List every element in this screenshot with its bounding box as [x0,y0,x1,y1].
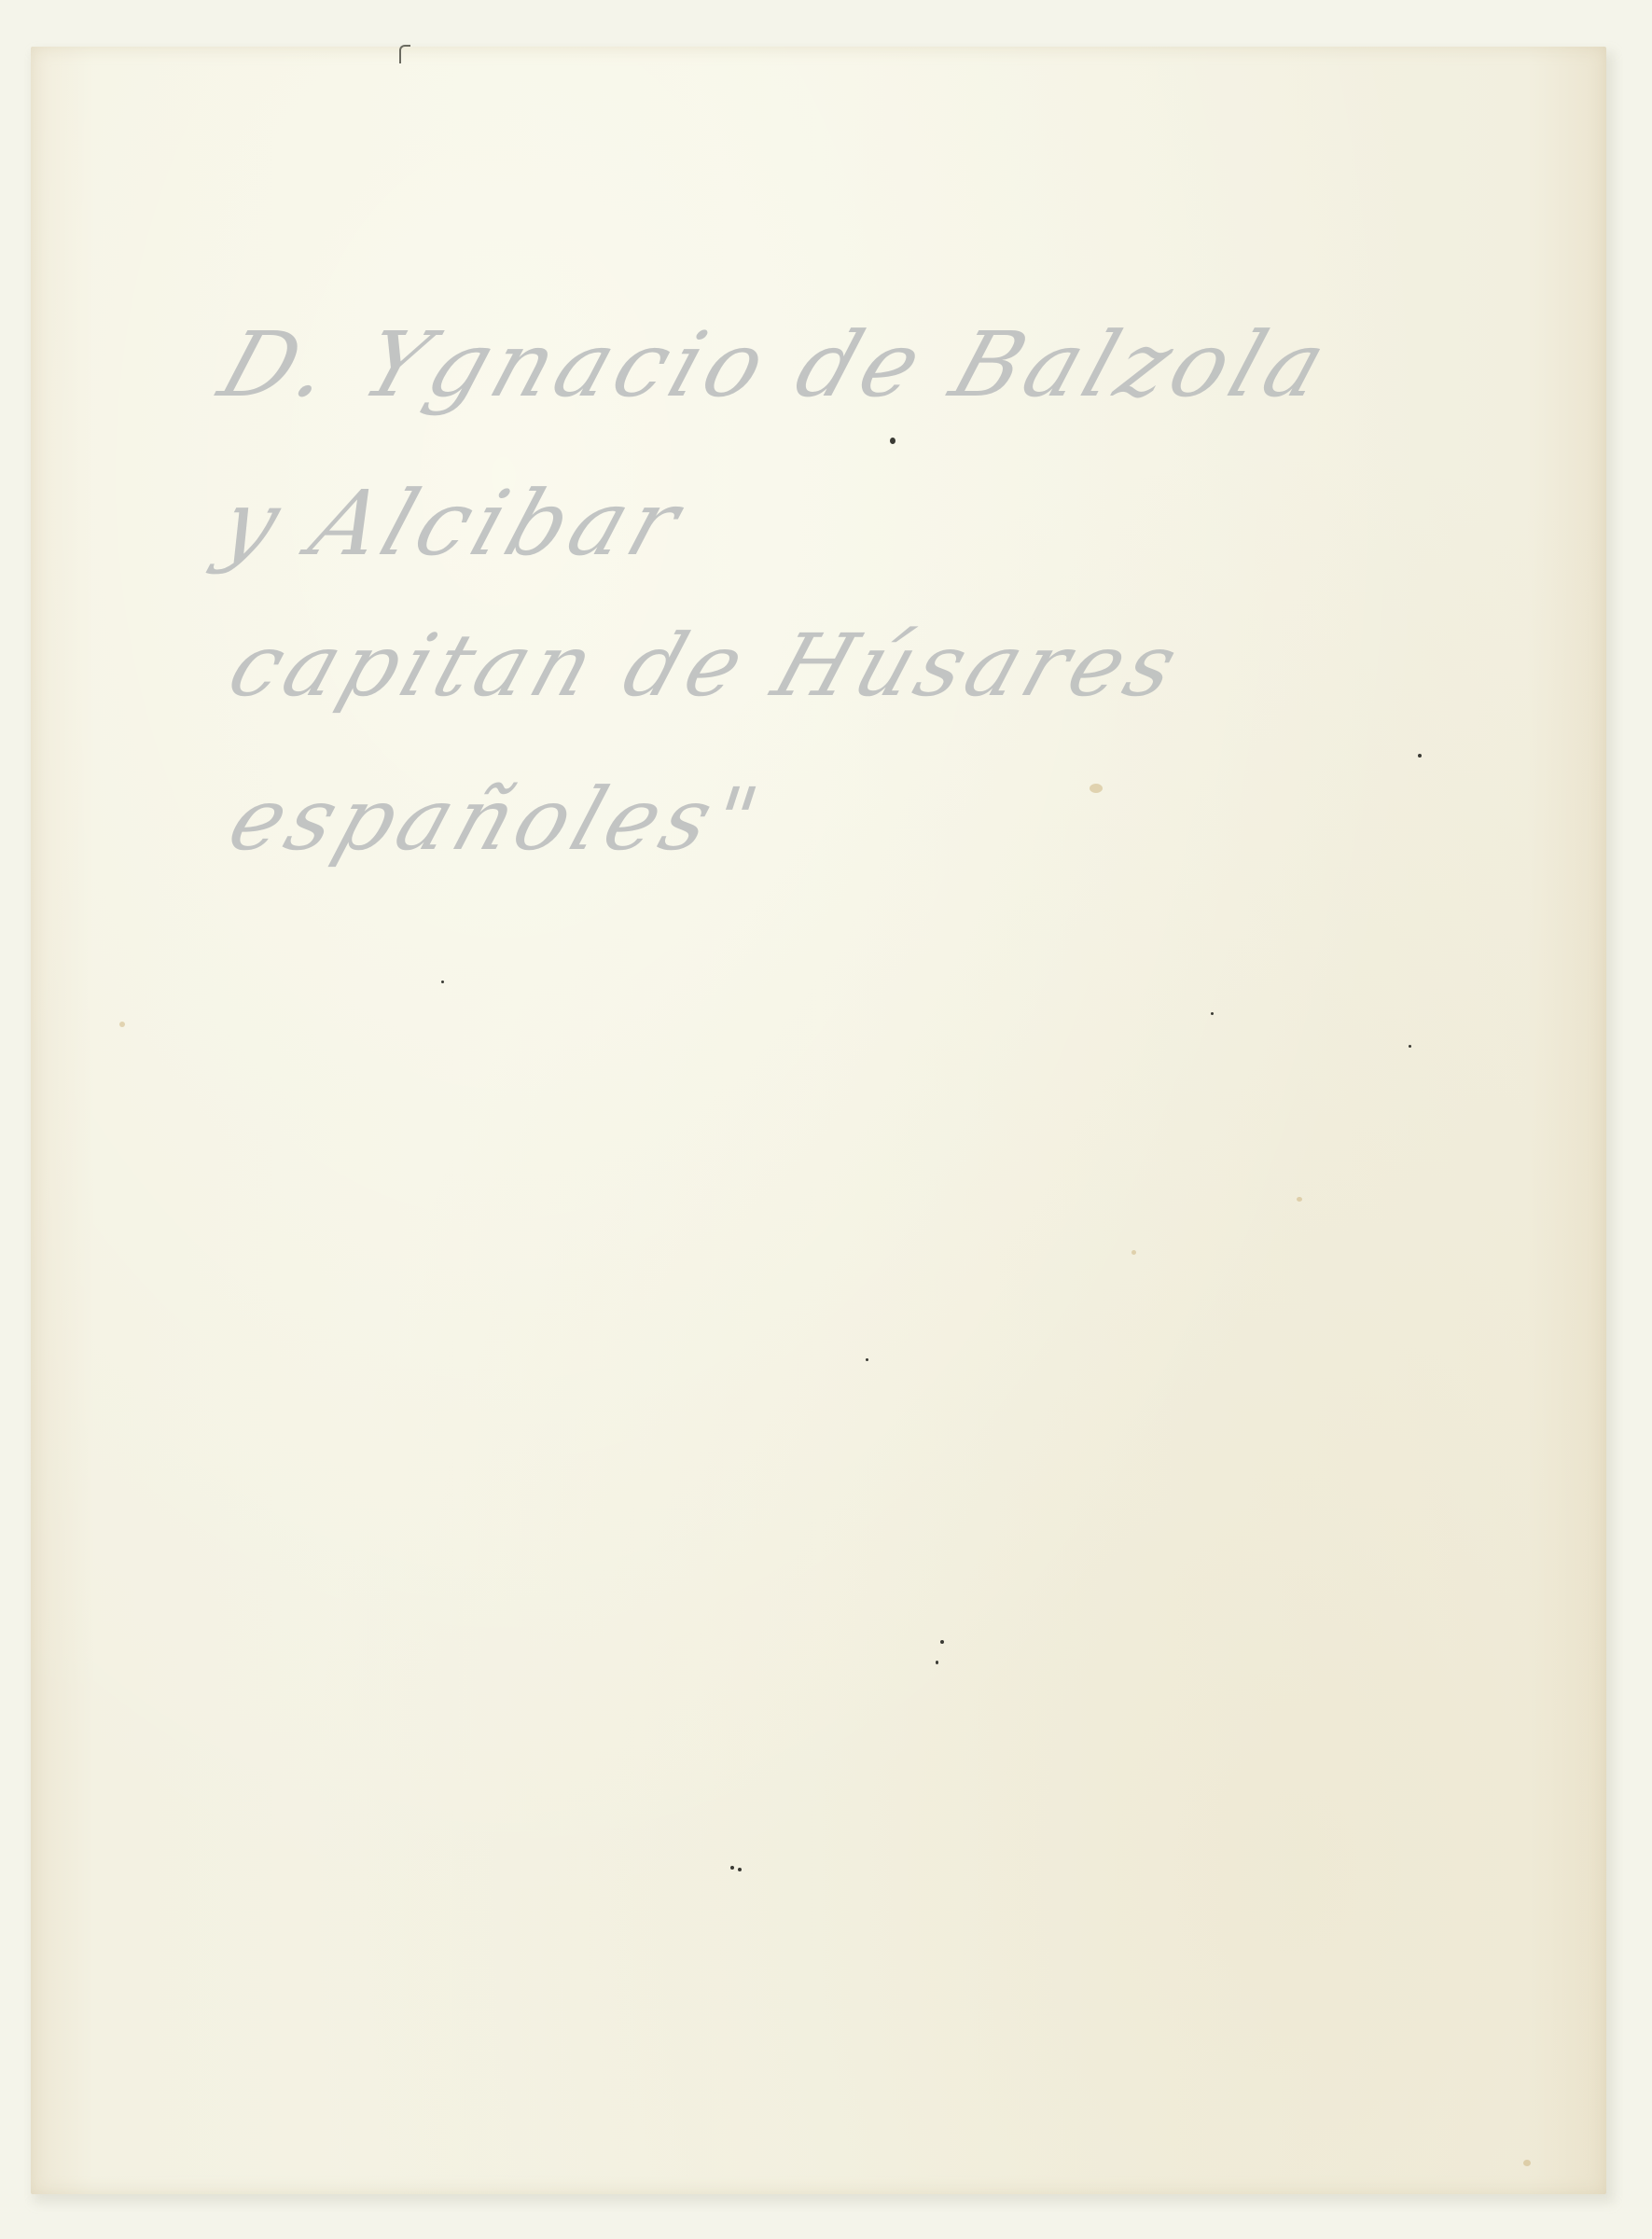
speck [1418,754,1422,758]
speck [1211,1012,1214,1015]
inscription-line-4: españoles" [217,770,775,869]
inscription-line-3: capitan de Húsares [217,616,1195,716]
speck [890,438,895,444]
foxing-spot [1090,784,1103,793]
inscription-line-1: D. Ygnacio de Balzola [208,313,1343,417]
foxing-spot [119,1022,125,1027]
foxing-spot [1131,1250,1136,1255]
speck [1409,1045,1411,1048]
speck [866,1358,868,1361]
foxing-spot [1297,1197,1302,1202]
speck [738,1868,742,1871]
handwritten-inscription: D. Ygnacio de Balzola y Alcibar capitan … [31,47,1606,2194]
speck [940,1640,944,1644]
speck [441,980,444,983]
speck [936,1661,938,1664]
inscription-line-2: y Alcibar [208,471,697,576]
paper-sheet: D. Ygnacio de Balzola y Alcibar capitan … [31,47,1606,2194]
speck [730,1866,734,1870]
foxing-spot [1523,2160,1531,2166]
